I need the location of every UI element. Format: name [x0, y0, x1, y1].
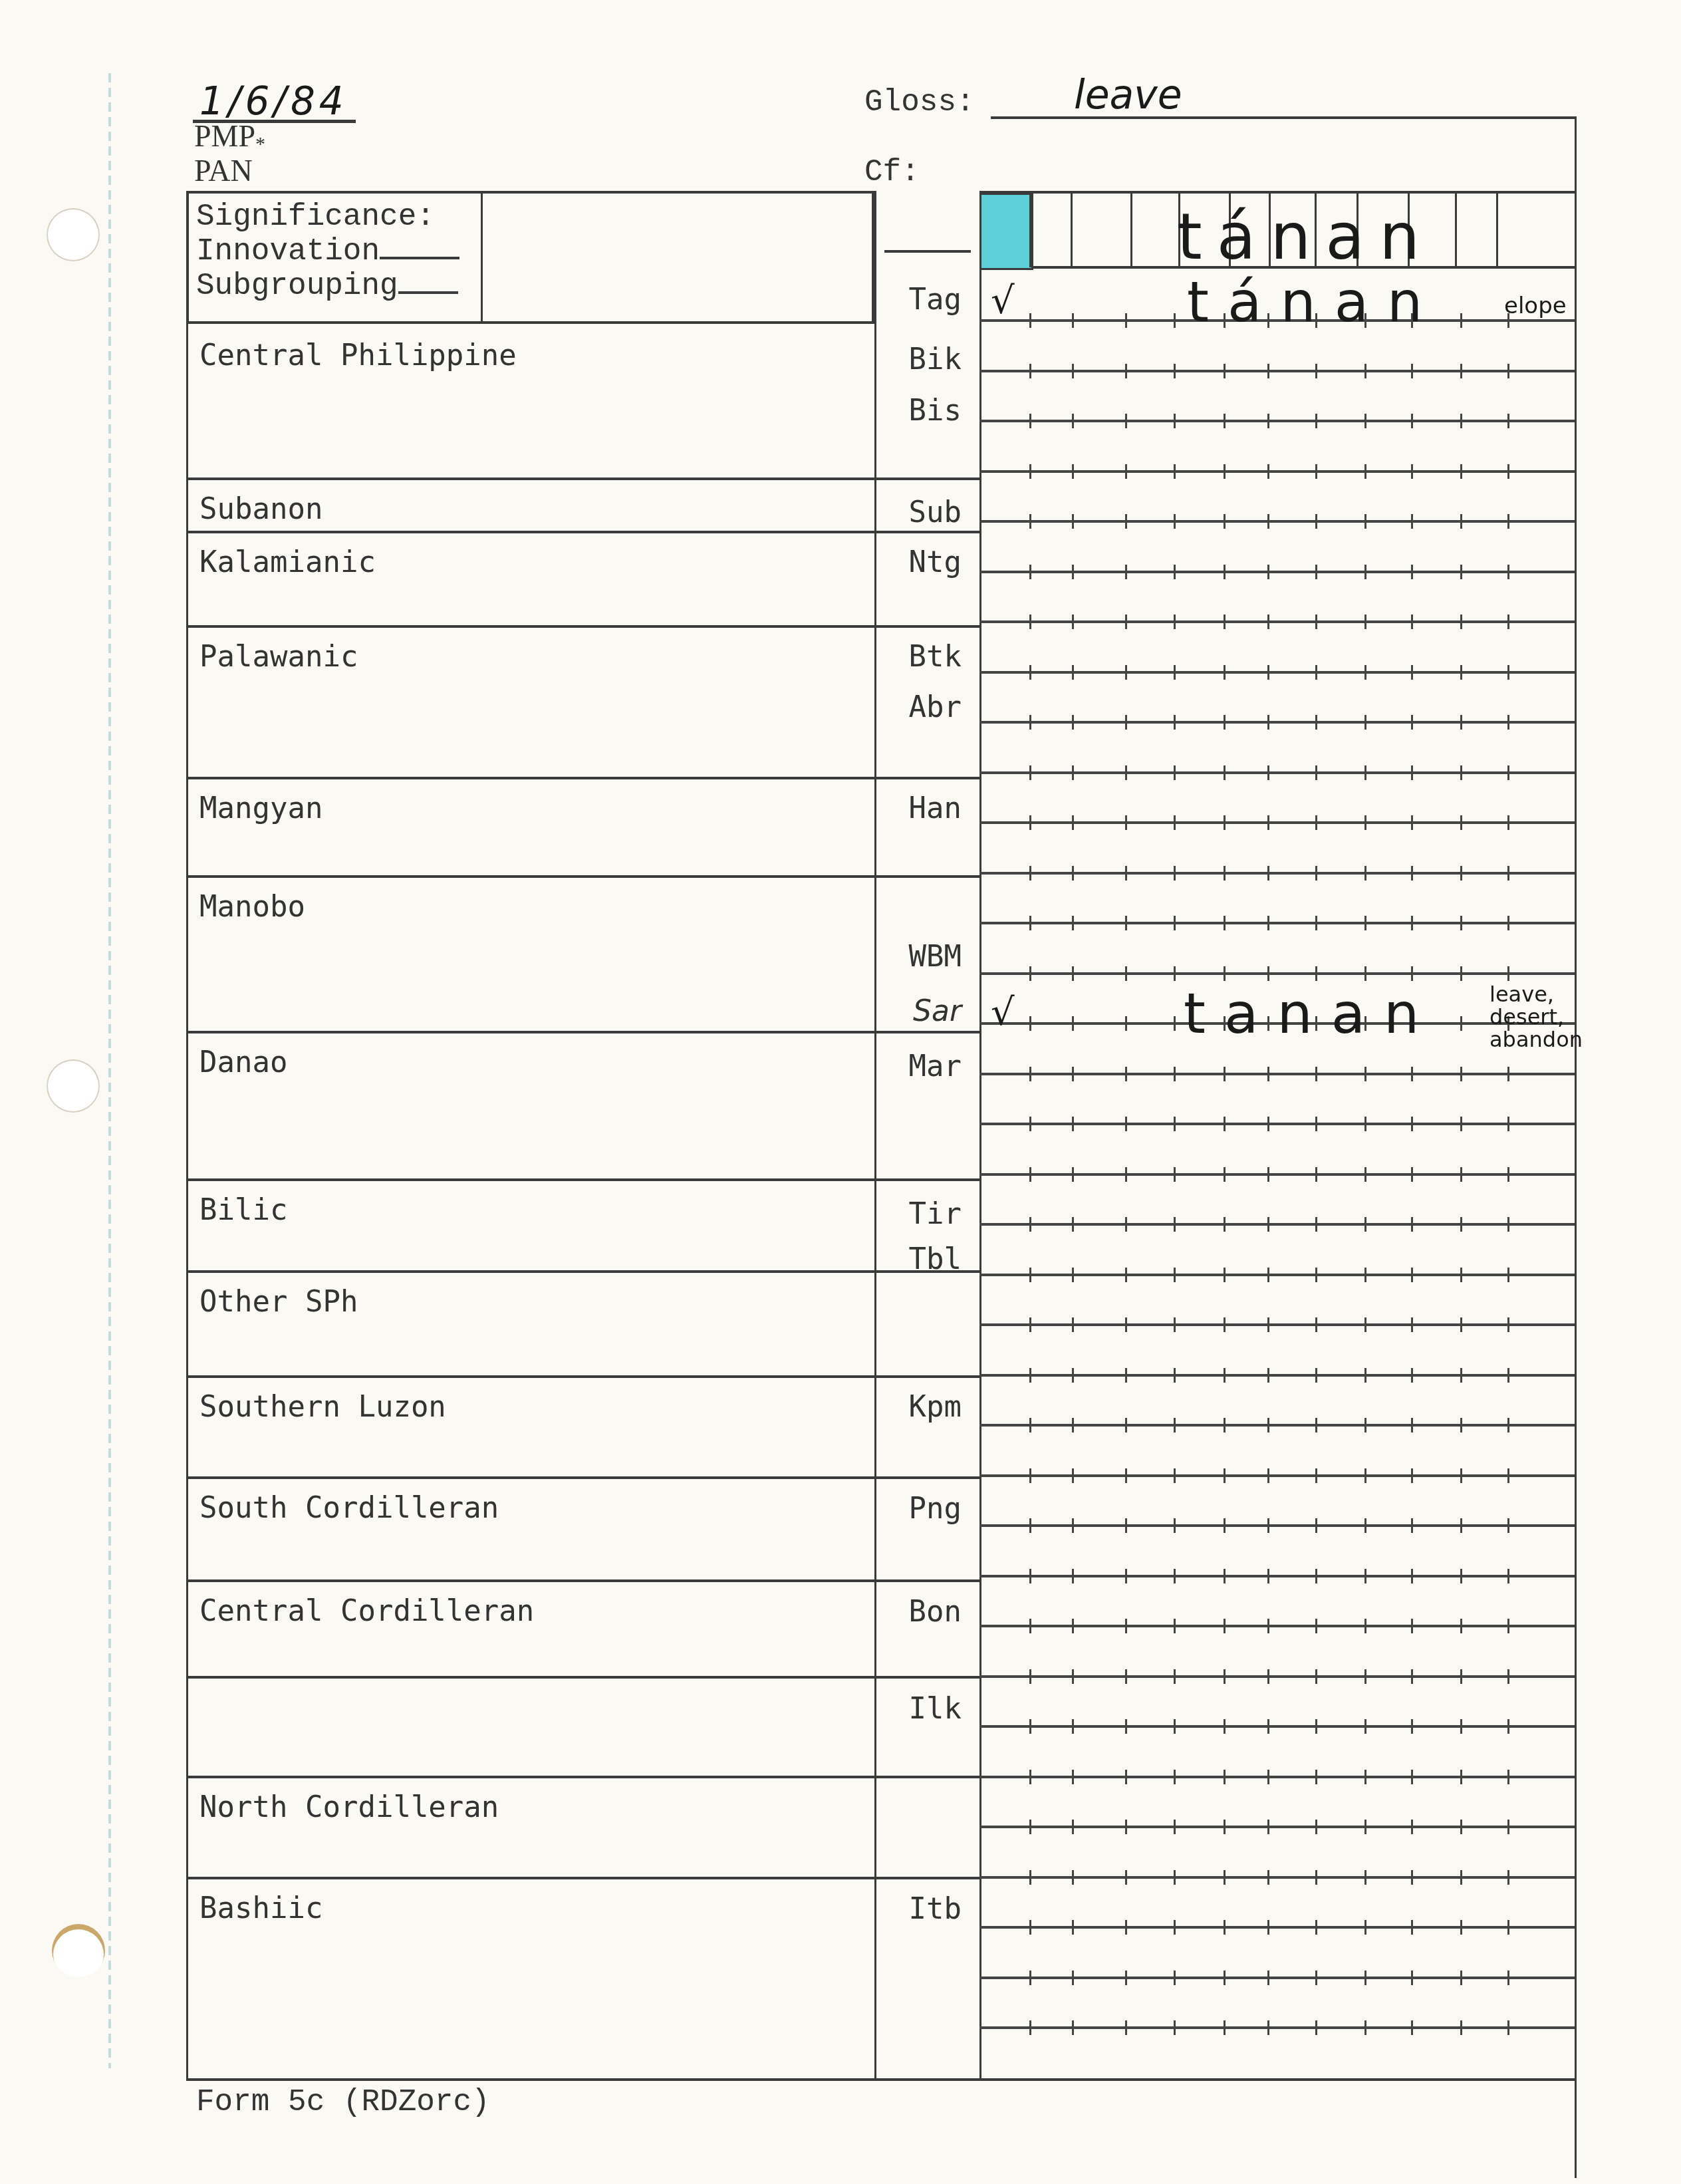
entry-ruled-line[interactable]	[979, 620, 1575, 623]
segment-tick	[1174, 364, 1176, 378]
segment-tick	[1267, 1820, 1269, 1834]
segment-tick	[1072, 514, 1074, 529]
segment-tick	[1267, 1217, 1269, 1232]
segment-tick	[1174, 313, 1176, 328]
segment-tick	[1411, 1317, 1413, 1332]
entry-ruled-line[interactable]	[979, 1826, 1575, 1828]
segment-tick	[1411, 565, 1413, 579]
entry-ruled-line[interactable]	[979, 1625, 1575, 1627]
entry-ruled-line[interactable]	[979, 2026, 1575, 2029]
segment-tick	[1364, 866, 1366, 881]
subgroup-label: North Cordilleran	[199, 1790, 499, 1824]
segment-tick	[1460, 464, 1462, 479]
segment-tick	[1364, 916, 1366, 930]
entry-ruled-line[interactable]	[979, 771, 1575, 774]
segment-tick	[1125, 1418, 1127, 1433]
cf-label: Cf:	[864, 155, 920, 190]
segment-tick	[1507, 966, 1509, 981]
segment-tick	[1072, 1971, 1074, 1985]
entry-ruled-line[interactable]	[979, 972, 1575, 975]
segment-tick	[1174, 1669, 1176, 1684]
segment-tick	[1072, 665, 1074, 680]
segment-tick	[1174, 1870, 1176, 1885]
segment-tick	[1029, 464, 1031, 479]
segment-tick	[1125, 1016, 1127, 1031]
segment-tick	[1174, 1167, 1176, 1182]
segment-tick	[1174, 1569, 1176, 1583]
segment-tick	[1267, 1317, 1269, 1332]
sar-gloss[interactable]: leave, desert, abandon	[1489, 983, 1622, 1051]
entry-ruled-line[interactable]	[979, 1977, 1575, 1979]
punch-hole-top	[47, 208, 100, 261]
group-separator-line	[186, 531, 979, 533]
segment-tick	[1072, 1016, 1074, 1031]
segment-tick	[1315, 1468, 1317, 1483]
language-code-btk: Btk	[875, 640, 962, 674]
segment-tick	[1224, 565, 1226, 579]
entry-ruled-line[interactable]	[979, 1374, 1575, 1377]
segment-tick	[1315, 1268, 1317, 1282]
segment-tick	[1460, 665, 1462, 680]
segment-tick	[1125, 614, 1127, 629]
segment-tick	[1315, 1518, 1317, 1533]
subgroup-label: Subanon	[199, 492, 323, 526]
segment-tick	[1460, 1920, 1462, 1935]
segment-tick	[1267, 866, 1269, 881]
segment-tick	[1224, 1820, 1226, 1834]
segment-tick	[1460, 565, 1462, 579]
entry-ruled-line[interactable]	[979, 1776, 1575, 1778]
segment-tick	[1029, 815, 1031, 830]
segment-tick	[1125, 815, 1127, 830]
segment-tick	[1224, 815, 1226, 830]
segment-tick	[1029, 1117, 1031, 1131]
segment-tick	[1411, 1870, 1413, 1885]
segment-tick	[1460, 1820, 1462, 1834]
segment-tick	[1072, 1368, 1074, 1383]
entry-ruled-line[interactable]	[979, 671, 1575, 674]
segment-tick	[1072, 1920, 1074, 1935]
segment-tick	[1507, 364, 1509, 378]
segment-tick	[1072, 1820, 1074, 1834]
segment-tick	[1315, 1117, 1317, 1131]
group-separator-line	[186, 1776, 979, 1778]
segment-tick	[1364, 1317, 1366, 1332]
segment-tick	[1460, 1167, 1462, 1182]
subgrouping-row[interactable]: Subgrouping	[196, 269, 459, 303]
segment-tick	[1029, 514, 1031, 529]
entry-ruled-line[interactable]	[979, 1123, 1575, 1125]
language-code-tag: Tag	[875, 283, 962, 317]
segment-tick	[1460, 1117, 1462, 1131]
segment-tick	[1411, 1067, 1413, 1081]
segment-tick	[1411, 1468, 1413, 1483]
entry-ruled-line[interactable]	[979, 922, 1575, 924]
segment-tick	[1174, 1368, 1176, 1383]
segment-tick	[1507, 1217, 1509, 1232]
segment-tick	[1174, 1468, 1176, 1483]
segment-tick	[1364, 614, 1366, 629]
segment-tick	[1224, 866, 1226, 881]
segment-tick	[1460, 414, 1462, 428]
segment-tick	[1125, 966, 1127, 981]
group-separator-line	[186, 1476, 979, 1479]
segment-tick	[1029, 313, 1031, 328]
segment-tick	[1267, 665, 1269, 680]
segment-tick	[1315, 1870, 1317, 1885]
reconstruction-level-blank[interactable]	[884, 250, 971, 253]
segment-tick	[1174, 916, 1176, 930]
segment-tick	[1029, 1971, 1031, 1985]
highlighted-cell	[979, 193, 1033, 270]
segment-tick	[1411, 1669, 1413, 1684]
segment-tick	[1507, 614, 1509, 629]
segment-tick	[1072, 464, 1074, 479]
segment-tick	[1125, 1971, 1127, 1985]
group-separator-line	[186, 1270, 979, 1273]
entry-ruled-line[interactable]	[979, 1223, 1575, 1226]
asterisk-marker: *	[255, 133, 265, 155]
segment-tick	[1460, 1569, 1462, 1583]
segment-tick	[1267, 1569, 1269, 1583]
segment-tick	[1364, 1418, 1366, 1433]
segment-tick	[1125, 1317, 1127, 1332]
segment-tick	[1174, 1117, 1176, 1131]
segment-tick	[1125, 1619, 1127, 1633]
entry-ruled-line[interactable]	[979, 420, 1575, 422]
segment-tick	[1125, 916, 1127, 930]
entry-ruled-line[interactable]	[979, 1876, 1575, 1879]
segment-tick	[1267, 815, 1269, 830]
innovation-blank[interactable]	[380, 257, 459, 259]
entry-ruled-line[interactable]	[979, 370, 1575, 372]
segment-tick	[1411, 1518, 1413, 1533]
segment-tick	[1507, 1368, 1509, 1383]
segment-tick	[1125, 565, 1127, 579]
language-code-bon: Bon	[875, 1595, 962, 1629]
segment-tick	[1029, 665, 1031, 680]
segment-tick	[1029, 765, 1031, 780]
segment-tick	[1364, 1518, 1366, 1533]
entry-ruled-line[interactable]	[979, 1725, 1575, 1728]
segment-tick	[1364, 2020, 1366, 2035]
subgroup-label: Central Cordilleran	[199, 1594, 534, 1628]
segment-tick	[1507, 1317, 1509, 1332]
reconstruction-form[interactable]: tánan	[1177, 200, 1434, 274]
tag-gloss[interactable]: elope	[1504, 293, 1567, 319]
segment-tick	[1507, 765, 1509, 780]
segment-tick	[1411, 765, 1413, 780]
segment-tick	[1224, 1569, 1226, 1583]
entry-ruled-line[interactable]	[979, 821, 1575, 824]
entry-ruled-line[interactable]	[979, 1424, 1575, 1427]
segment-tick	[1507, 815, 1509, 830]
segment-tick	[1224, 364, 1226, 378]
segment-tick	[1315, 1820, 1317, 1834]
segment-tick	[1072, 1067, 1074, 1081]
segment-tick	[1315, 514, 1317, 529]
recon-cell-divider	[1455, 191, 1457, 267]
segment-tick	[1507, 514, 1509, 529]
segment-tick	[1029, 1418, 1031, 1433]
segment-tick	[1460, 1268, 1462, 1282]
entry-ruled-line[interactable]	[979, 1323, 1575, 1326]
segment-tick	[1460, 1971, 1462, 1985]
binder-margin-line	[108, 73, 111, 2068]
segment-tick	[1029, 1016, 1031, 1031]
group-separator-line	[186, 478, 979, 480]
segment-tick	[1315, 1418, 1317, 1433]
segment-tick	[1460, 1719, 1462, 1734]
entry-ruled-line[interactable]	[979, 1173, 1575, 1176]
segment-tick	[1125, 1117, 1127, 1131]
segment-tick	[1224, 1518, 1226, 1533]
segment-tick	[1029, 715, 1031, 730]
segment-tick	[1125, 1820, 1127, 1834]
segment-tick	[1411, 414, 1413, 428]
entry-ruled-line[interactable]	[979, 520, 1575, 523]
subgroup-label: Manobo	[199, 890, 305, 924]
date-field[interactable]: 1/6/84	[199, 78, 348, 124]
segment-tick	[1315, 1217, 1317, 1232]
sar-form[interactable]: tanan	[1184, 981, 1438, 1046]
subgroup-label: Bashiic	[199, 1891, 323, 1925]
segment-tick	[1224, 1268, 1226, 1282]
gloss-value[interactable]: leave	[1074, 72, 1182, 118]
segment-tick	[1460, 2020, 1462, 2035]
segment-tick	[1460, 1870, 1462, 1885]
segment-tick	[1411, 1619, 1413, 1633]
segment-tick	[1174, 815, 1176, 830]
segment-tick	[1364, 414, 1366, 428]
sar-checkmark: √	[991, 991, 1015, 1034]
segment-tick	[1364, 565, 1366, 579]
segment-tick	[1174, 614, 1176, 629]
segment-tick	[1072, 1317, 1074, 1332]
segment-tick	[1507, 1117, 1509, 1131]
segment-tick	[1315, 765, 1317, 780]
segment-tick	[1364, 464, 1366, 479]
group-separator-line	[186, 1031, 979, 1033]
segment-tick	[1224, 1619, 1226, 1633]
segment-tick	[1267, 1619, 1269, 1633]
entry-ruled-line[interactable]	[979, 1274, 1575, 1276]
segment-tick	[1507, 1418, 1509, 1433]
segment-tick	[1029, 1920, 1031, 1935]
segment-tick	[1364, 1468, 1366, 1483]
segment-tick	[1174, 1820, 1176, 1834]
segment-tick	[1315, 1317, 1317, 1332]
segment-tick	[1364, 1569, 1366, 1583]
segment-tick	[1224, 1468, 1226, 1483]
grid-bottom-border	[186, 2078, 1575, 2081]
segment-tick	[1364, 1167, 1366, 1182]
segment-tick	[1364, 1770, 1366, 1784]
language-code-ntg: Ntg	[875, 545, 962, 579]
segment-tick	[1460, 1418, 1462, 1433]
segment-tick	[1315, 1971, 1317, 1985]
level-pmp-text: PMP	[194, 119, 255, 153]
segment-tick	[1315, 665, 1317, 680]
tag-form[interactable]: tánan	[1187, 269, 1441, 335]
significance-title: Significance:	[196, 200, 459, 234]
segment-tick	[1267, 1669, 1269, 1684]
segment-tick	[1072, 715, 1074, 730]
segment-tick	[1267, 565, 1269, 579]
segment-tick	[1364, 665, 1366, 680]
segment-tick	[1174, 1770, 1176, 1784]
segment-tick	[1174, 715, 1176, 730]
entry-ruled-line[interactable]	[979, 1575, 1575, 1577]
segment-tick	[1315, 1167, 1317, 1182]
segment-tick	[1507, 1067, 1509, 1081]
segment-tick	[1174, 514, 1176, 529]
segment-tick	[1267, 1117, 1269, 1131]
segment-tick	[1072, 866, 1074, 881]
segment-tick	[1315, 1770, 1317, 1784]
entry-ruled-line[interactable]	[979, 571, 1575, 573]
entry-ruled-line[interactable]	[979, 1675, 1575, 1678]
segment-tick	[1411, 1117, 1413, 1131]
segment-tick	[1029, 1167, 1031, 1182]
segment-tick	[1267, 364, 1269, 378]
segment-tick	[1174, 1719, 1176, 1734]
language-code-tir: Tir	[875, 1197, 962, 1231]
segment-tick	[1072, 916, 1074, 930]
segment-tick	[1411, 966, 1413, 981]
segment-tick	[1224, 715, 1226, 730]
segment-tick	[1174, 1971, 1176, 1985]
segment-tick	[1125, 1569, 1127, 1583]
segment-tick	[1460, 916, 1462, 930]
lang-data-divider	[979, 191, 981, 2080]
segment-tick	[1460, 1368, 1462, 1383]
segment-tick	[1460, 1518, 1462, 1533]
segment-tick	[1411, 916, 1413, 930]
segment-tick	[1174, 765, 1176, 780]
entry-ruled-line[interactable]	[979, 1073, 1575, 1075]
segment-tick	[1411, 866, 1413, 881]
segment-tick	[1125, 514, 1127, 529]
segment-tick	[1460, 313, 1462, 328]
segment-tick	[1125, 1518, 1127, 1533]
segment-tick	[1364, 1971, 1366, 1985]
segment-tick	[1029, 1719, 1031, 1734]
subgroup-label: Other SPh	[199, 1285, 358, 1319]
segment-tick	[1315, 1067, 1317, 1081]
subgroup-label: Central Philippine	[199, 339, 517, 372]
segment-tick	[1507, 916, 1509, 930]
segment-tick	[1267, 1268, 1269, 1282]
segment-tick	[1125, 715, 1127, 730]
subgroup-label: South Cordilleran	[199, 1491, 499, 1525]
segment-tick	[1224, 1920, 1226, 1935]
subgrouping-blank[interactable]	[398, 291, 458, 294]
segment-tick	[1224, 1418, 1226, 1433]
segment-tick	[1029, 1619, 1031, 1633]
segment-tick	[1460, 1016, 1462, 1031]
segment-tick	[1315, 1368, 1317, 1383]
segment-tick	[1460, 866, 1462, 881]
segment-tick	[1411, 364, 1413, 378]
segment-tick	[1224, 514, 1226, 529]
segment-tick	[1460, 1468, 1462, 1483]
segment-tick	[1267, 414, 1269, 428]
segment-tick	[1267, 514, 1269, 529]
entry-ruled-line[interactable]	[979, 1474, 1575, 1477]
segment-tick	[1315, 2020, 1317, 2035]
segment-tick	[1029, 614, 1031, 629]
segment-tick	[1364, 514, 1366, 529]
segment-tick	[1125, 1368, 1127, 1383]
segment-tick	[1072, 2020, 1074, 2035]
segment-tick	[1411, 1719, 1413, 1734]
segment-tick	[1174, 565, 1176, 579]
segment-tick	[1029, 1820, 1031, 1834]
segment-tick	[1460, 1317, 1462, 1332]
segment-tick	[1072, 1569, 1074, 1583]
gloss-underline	[991, 116, 1576, 119]
segment-tick	[1267, 1770, 1269, 1784]
segment-tick	[1224, 1317, 1226, 1332]
entry-ruled-line[interactable]	[979, 872, 1575, 875]
segment-tick	[1072, 1468, 1074, 1483]
segment-tick	[1224, 2020, 1226, 2035]
segment-tick	[1224, 665, 1226, 680]
segment-tick	[1460, 815, 1462, 830]
language-code-bik: Bik	[875, 342, 962, 376]
segment-tick	[1460, 715, 1462, 730]
segment-tick	[1364, 1719, 1366, 1734]
recon-cell-divider	[1071, 191, 1073, 267]
innovation-row[interactable]: Innovation	[196, 234, 459, 269]
segment-tick	[1029, 1569, 1031, 1583]
segment-tick	[1364, 364, 1366, 378]
segment-tick	[1072, 1268, 1074, 1282]
entry-ruled-line[interactable]	[979, 721, 1575, 724]
segment-tick	[1507, 464, 1509, 479]
segment-tick	[1029, 1669, 1031, 1684]
entry-ruled-line[interactable]	[979, 1926, 1575, 1929]
segment-tick	[1267, 765, 1269, 780]
segment-tick	[1460, 614, 1462, 629]
segment-tick	[1507, 1518, 1509, 1533]
segment-tick	[1072, 1418, 1074, 1433]
segment-tick	[1364, 966, 1366, 981]
entry-ruled-line[interactable]	[979, 470, 1575, 473]
segment-tick	[1507, 1770, 1509, 1784]
segment-tick	[1125, 414, 1127, 428]
segment-tick	[1507, 1268, 1509, 1282]
segment-tick	[1174, 1518, 1176, 1533]
segment-tick	[1267, 1067, 1269, 1081]
segment-tick	[1174, 866, 1176, 881]
segment-tick	[1174, 1317, 1176, 1332]
segment-tick	[1125, 1770, 1127, 1784]
recon-top-line	[979, 191, 1575, 194]
segment-tick	[1224, 1770, 1226, 1784]
segment-tick	[1072, 1770, 1074, 1784]
segment-tick	[1125, 1719, 1127, 1734]
segment-tick	[1072, 1117, 1074, 1131]
segment-tick	[1364, 1117, 1366, 1131]
segment-tick	[1364, 765, 1366, 780]
segment-tick	[1174, 1920, 1176, 1935]
entry-ruled-line[interactable]	[979, 1524, 1575, 1527]
segment-tick	[1267, 614, 1269, 629]
segment-tick	[1125, 464, 1127, 479]
segment-tick	[1174, 414, 1176, 428]
